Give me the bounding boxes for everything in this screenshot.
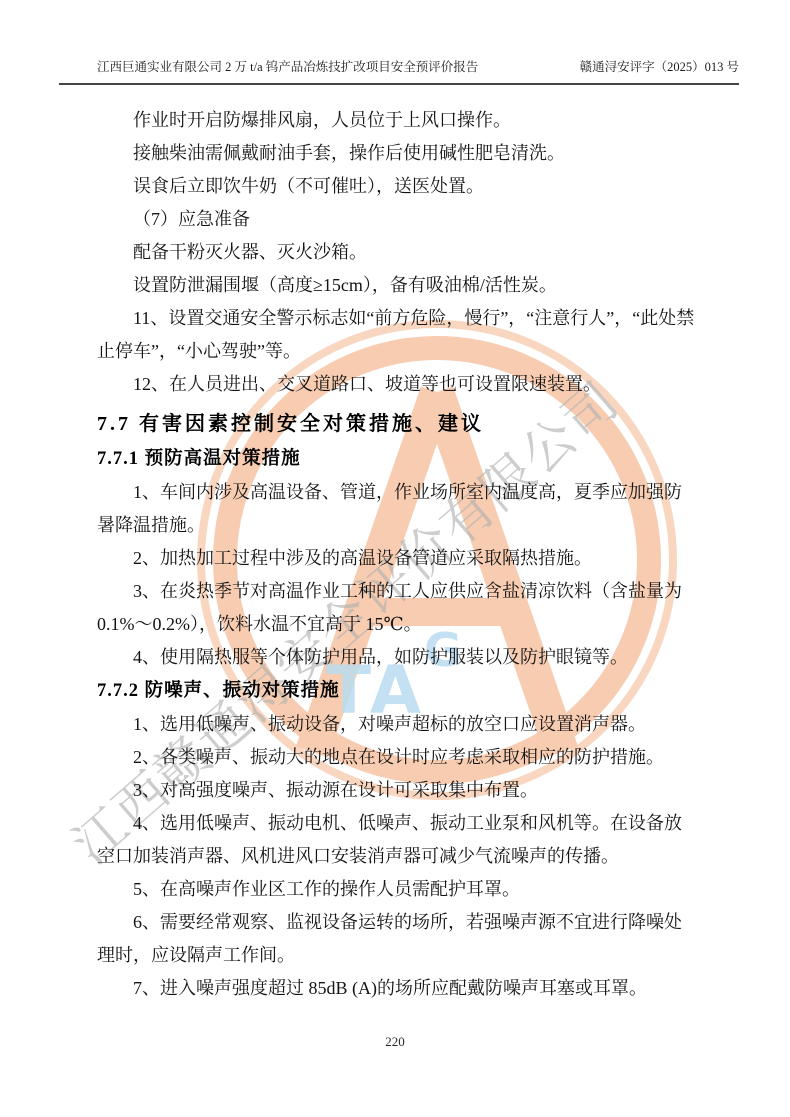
text-line: 理时，应设隔声工作间。 <box>97 939 697 972</box>
page-number: 220 <box>0 1034 790 1050</box>
text-line: 5、在高噪声作业区工作的操作人员需配护耳罩。 <box>97 873 697 906</box>
text-line: 空口加装消声器、风机进风口安装消声器可减少气流噪声的传播。 <box>97 840 697 873</box>
document-body: 作业时开启防爆排风扇，人员位于上风口操作。接触柴油需佩戴耐油手套，操作后使用碱性… <box>97 104 697 1005</box>
text-line: 11、设置交通安全警示标志如“前方危险，慢行”，“注意行人”，“此处禁 <box>97 302 697 335</box>
text-line: 3、在炎热季节对高温作业工种的工人应供应含盐清凉饮料（含盐量为 <box>97 575 697 608</box>
section-heading: 7.7.2 防噪声、振动对策措施 <box>97 674 697 708</box>
text-line: 2、各类噪声、振动大的地点在设计时应考虑采取相应的防护措施。 <box>97 741 697 774</box>
document-page: G TA 江西赣通浔安全评价有限公司 江西巨通实业有限公司 2 万 t/a 钨产… <box>0 0 790 1117</box>
text-line: 0.1%～0.2%），饮料水温不宜高于 15℃。 <box>97 608 697 641</box>
header-report-title: 江西巨通实业有限公司 2 万 t/a 钨产品冶炼技扩改项目安全预评价报告 <box>97 57 478 75</box>
text-line: 作业时开启防爆排风扇，人员位于上风口操作。 <box>97 104 697 137</box>
text-line: 1、选用低噪声、振动设备，对噪声超标的放空口应设置消声器。 <box>97 708 697 741</box>
text-line: （7）应急准备 <box>97 203 697 236</box>
text-line: 误食后立即饮牛奶（不可催吐），送医处置。 <box>97 170 697 203</box>
section-heading: 7.7 有害因素控制安全对策措施、建议 <box>97 406 697 442</box>
text-line: 3、对高强度噪声、振动源在设计可采取集中布置。 <box>97 774 697 807</box>
text-line: 7、进入噪声强度超过 85dB (A)的场所应配戴防噪声耳塞或耳罩。 <box>97 972 697 1005</box>
text-line: 4、选用低噪声、振动电机、低噪声、振动工业泵和风机等。在设备放 <box>97 807 697 840</box>
text-line: 1、车间内涉及高温设备、管道，作业场所室内温度高，夏季应加强防 <box>97 476 697 509</box>
text-line: 2、加热加工过程中涉及的高温设备管道应采取隔热措施。 <box>97 542 697 575</box>
section-heading: 7.7.1 预防高温对策措施 <box>97 442 697 476</box>
text-line: 12、在人员进出、交叉道路口、坡道等也可设置限速装置。 <box>97 368 697 401</box>
text-line: 4、使用隔热服等个体防护用品，如防护服装以及防护眼镜等。 <box>97 641 697 674</box>
text-line: 6、需要经常观察、监视设备运转的场所，若强噪声源不宜进行降噪处 <box>97 906 697 939</box>
page-header: 江西巨通实业有限公司 2 万 t/a 钨产品冶炼技扩改项目安全预评价报告 赣通浔… <box>59 57 739 85</box>
text-line: 止停车”，“小心驾驶”等。 <box>97 335 697 368</box>
header-doc-number: 赣通浔安评字（2025）013 号 <box>580 57 739 75</box>
text-line: 接触柴油需佩戴耐油手套，操作后使用碱性肥皂清洗。 <box>97 137 697 170</box>
text-line: 设置防泄漏围堰（高度≥15cm），备有吸油棉/活性炭。 <box>97 269 697 302</box>
text-line: 暑降温措施。 <box>97 509 697 542</box>
text-line: 配备干粉灭火器、灭火沙箱。 <box>97 236 697 269</box>
